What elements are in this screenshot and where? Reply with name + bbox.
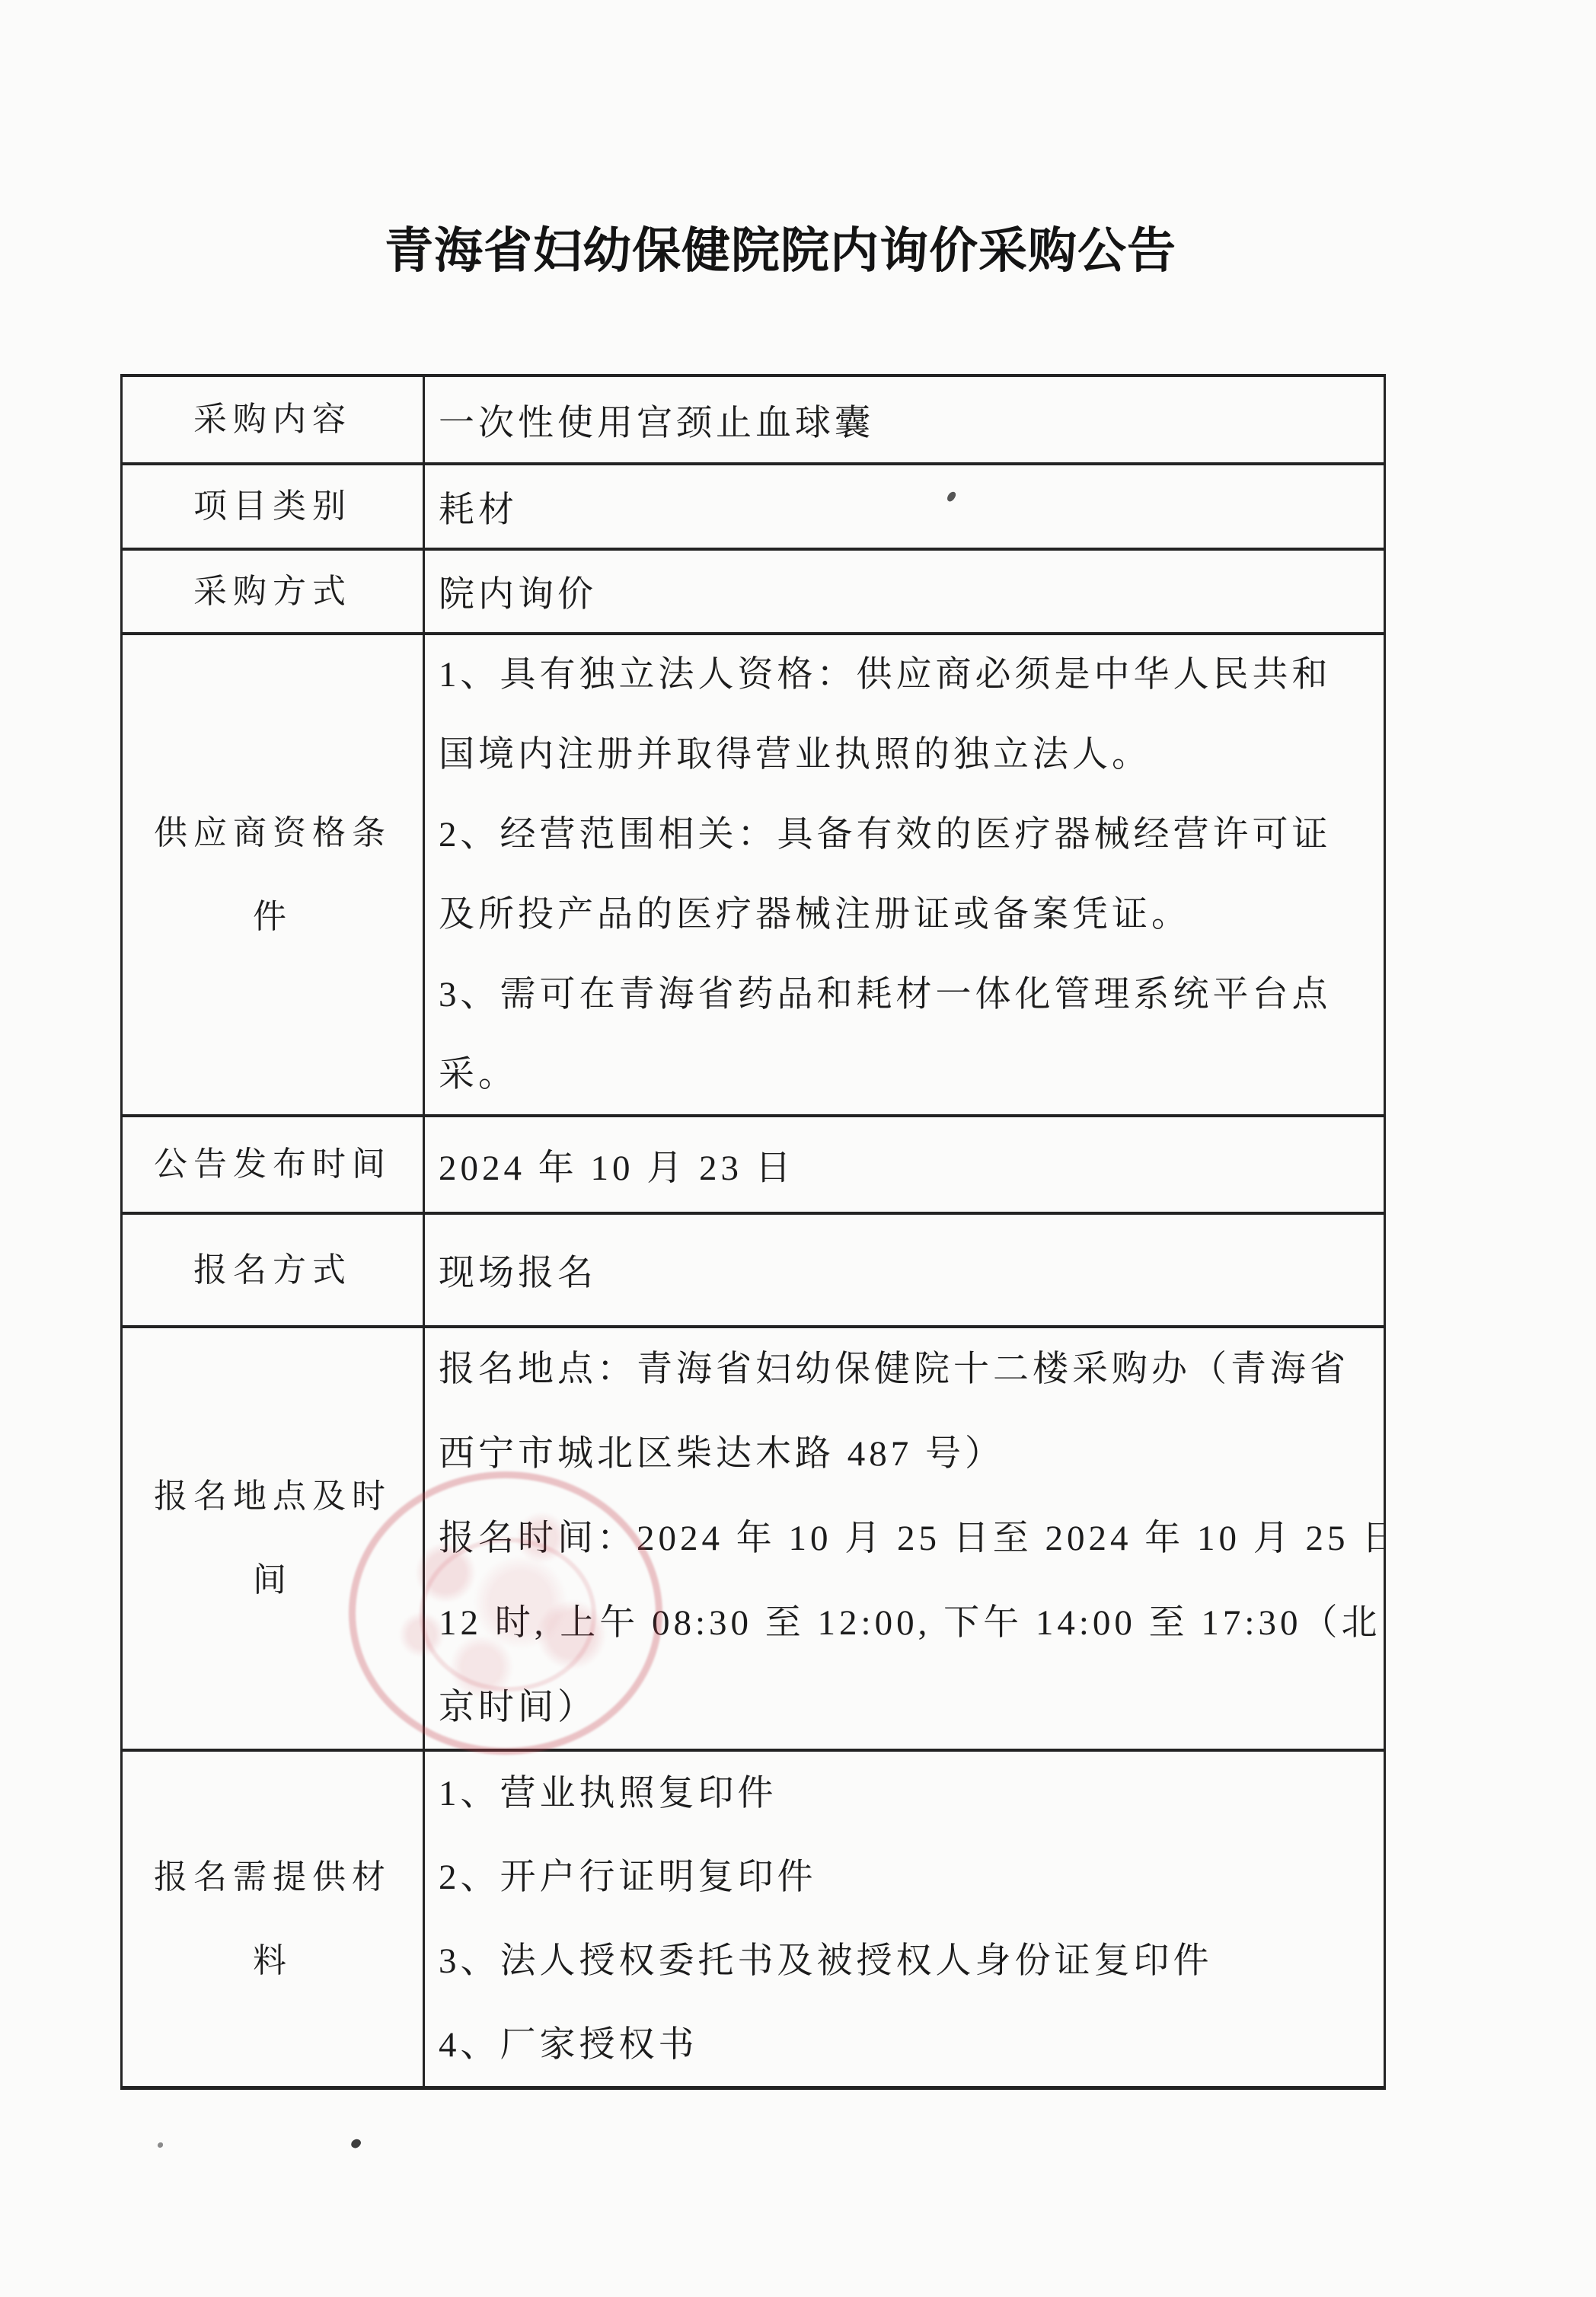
table-row: 公告发布时间2024 年 10 月 23 日: [123, 1114, 1384, 1212]
procurement-table: 采购内容一次性使用宫颈止血球囊项目类别耗材采购方式院内询价供应商资格条件1、具有…: [120, 374, 1386, 2090]
row-content-line: 一次性使用宫颈止血球囊: [439, 395, 1384, 446]
document-page: 青海省妇幼保健院院内询价采购公告 采购内容一次性使用宫颈止血球囊项目类别耗材采购…: [0, 0, 1596, 2297]
row-content: 耗材: [425, 465, 1384, 548]
row-label-line: 报名需提供材: [154, 1835, 391, 1919]
row-label-line: 料: [253, 1919, 292, 2003]
page-title: 青海省妇幼保健院院内询价采购公告: [0, 212, 1561, 282]
row-label-line: 报名方式: [193, 1228, 352, 1312]
row-label: 项目类别: [123, 465, 425, 548]
row-label: 报名方式: [123, 1215, 425, 1325]
row-content-line: 2024 年 10 月 23 日: [439, 1139, 1384, 1190]
row-content-line: 3、法人授权委托书及被授权人身份证复印件: [439, 1919, 1384, 2003]
row-content-line: 西宁市城北区柴达木路 487 号）: [439, 1412, 1384, 1497]
row-content-line: 2、开户行证明复印件: [439, 1835, 1384, 1919]
row-label: 采购方式: [123, 551, 425, 632]
table-row: 供应商资格条件1、具有独立法人资格：供应商必须是中华人民共和国境内注册并取得营业…: [123, 632, 1384, 1114]
row-content: 2024 年 10 月 23 日: [425, 1117, 1384, 1212]
row-content: 院内询价: [425, 551, 1384, 632]
row-content-line: 及所投产品的医疗器械注册证或备案凭证。: [439, 875, 1384, 955]
row-label-line: 报名地点及时: [154, 1455, 391, 1538]
row-label-line: 采购方式: [193, 550, 352, 634]
row-content-line: 1、具有独立法人资格：供应商必须是中华人民共和: [439, 635, 1384, 715]
row-label: 公告发布时间: [123, 1117, 425, 1212]
row-content-line: 2、经营范围相关：具备有效的医疗器械经营许可证: [439, 795, 1384, 875]
row-label-line: 供应商资格条: [154, 791, 391, 875]
row-content-line: 现场报名: [439, 1244, 1384, 1295]
row-content: 1、具有独立法人资格：供应商必须是中华人民共和国境内注册并取得营业执照的独立法人…: [425, 635, 1384, 1114]
row-label-line: 采购内容: [193, 378, 352, 462]
table-row: 采购方式院内询价: [123, 548, 1384, 632]
row-content: 现场报名: [425, 1215, 1384, 1325]
row-label: 报名需提供材料: [123, 1752, 425, 2086]
row-label: 供应商资格条件: [123, 635, 425, 1114]
row-label-line: 公告发布时间: [154, 1123, 391, 1206]
table-row: 采购内容一次性使用宫颈止血球囊: [123, 377, 1384, 462]
row-label-line: 间: [253, 1538, 292, 1622]
row-label: 采购内容: [123, 377, 425, 462]
row-label-line: 项目类别: [193, 465, 352, 548]
row-content-line: 耗材: [439, 481, 1384, 532]
table-row: 报名需提供材料1、营业执照复印件2、开户行证明复印件3、法人授权委托书及被授权人…: [123, 1749, 1384, 2086]
row-label-line: 件: [253, 875, 292, 959]
row-content-line: 报名地点：青海省妇幼保健院十二楼采购办（青海省: [439, 1328, 1384, 1412]
row-content-line: 国境内注册并取得营业执照的独立法人。: [439, 715, 1384, 795]
table-row: 报名方式现场报名: [123, 1212, 1384, 1325]
scan-speck: [158, 2142, 163, 2148]
table-row: 项目类别耗材: [123, 462, 1384, 548]
row-content: 一次性使用宫颈止血球囊: [425, 377, 1384, 462]
scan-speck: [350, 2137, 362, 2150]
table-row: 报名地点及时间报名地点：青海省妇幼保健院十二楼采购办（青海省西宁市城北区柴达木路…: [123, 1325, 1384, 1749]
row-content-line: 4、厂家授权书: [439, 2003, 1384, 2087]
row-content-line: 3、需可在青海省药品和耗材一体化管理系统平台点: [439, 955, 1384, 1035]
row-content: 1、营业执照复印件2、开户行证明复印件3、法人授权委托书及被授权人身份证复印件4…: [425, 1752, 1384, 2086]
row-content-line: 院内询价: [439, 566, 1384, 617]
row-content-line: 采。: [439, 1035, 1384, 1115]
row-content-line: 1、营业执照复印件: [439, 1752, 1384, 1835]
red-seal-stamp-icon: [349, 1471, 662, 1755]
